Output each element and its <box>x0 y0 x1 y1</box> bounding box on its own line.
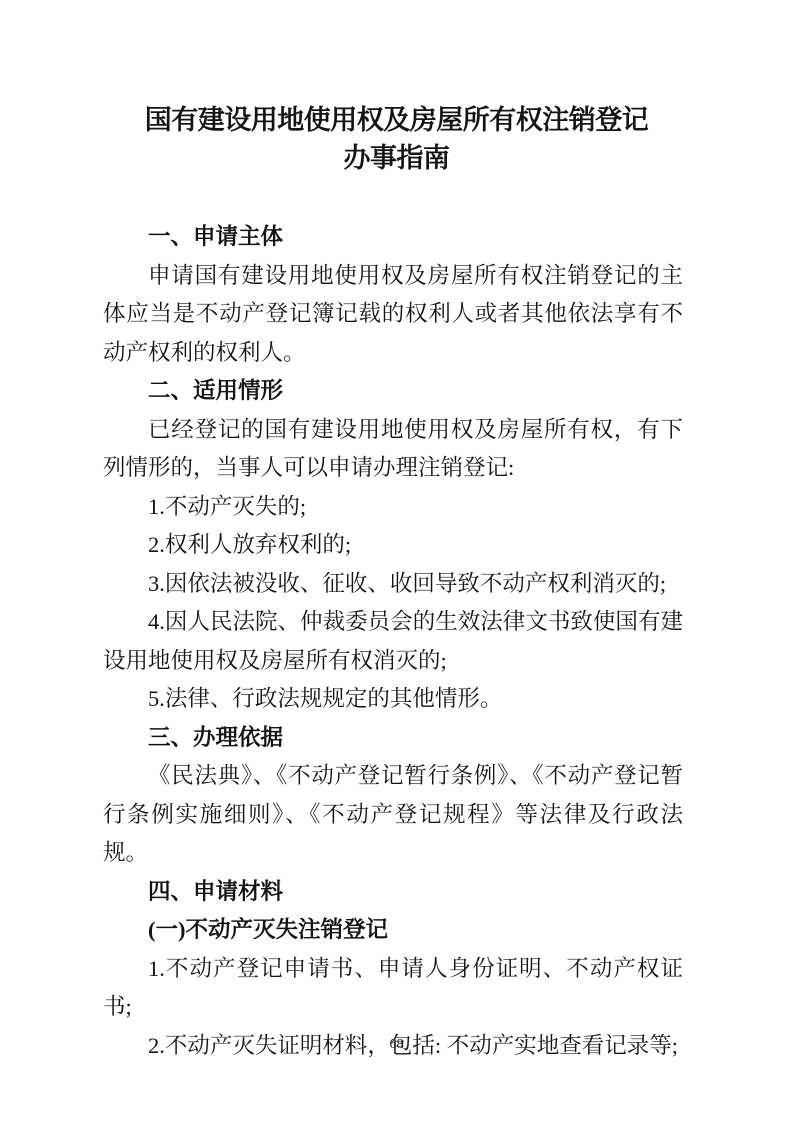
doc-title: 国有建设用地使用权及房屋所有权注销登记 办事指南 <box>0 0 793 177</box>
doc-body: 一、申请主体 申请国有建设用地使用权及房屋所有权注销登记的主体应当是不动产登记簿… <box>103 218 683 1065</box>
list-item: 4.因人民法院、仲裁委员会的生效法律文书致使国有建设用地使用权及房屋所有权消灭的… <box>103 603 683 680</box>
list-item: 5.法律、行政法规规定的其他情形。 <box>103 680 683 719</box>
paragraph: 《民法典》、《不动产登记暂行条例》、《不动产登记暂行条例实施细则》、《不动产登记… <box>103 757 683 873</box>
section-heading-1: 一、申请主体 <box>103 218 683 257</box>
list-item: 3.因依法被没收、征收、收回导致不动产权利消灭的; <box>103 565 683 604</box>
section-heading-4: 四、申请材料 <box>103 873 683 912</box>
doc-title-line-1: 国有建设用地使用权及房屋所有权注销登记 <box>60 101 733 139</box>
paragraph: 申请国有建设用地使用权及房屋所有权注销登记的主体应当是不动产登记簿记载的权利人或… <box>103 257 683 373</box>
section-heading-3: 三、办理依据 <box>103 719 683 758</box>
list-item: 2.权利人放弃权利的; <box>103 526 683 565</box>
page-number: 68 <box>0 1037 793 1053</box>
document-page: 国有建设用地使用权及房屋所有权注销登记 办事指南 一、申请主体 申请国有建设用地… <box>0 0 793 1122</box>
paragraph: 已经登记的国有建设用地使用权及房屋所有权，有下列情形的，当事人可以申请办理注销登… <box>103 411 683 488</box>
doc-title-line-2: 办事指南 <box>60 139 733 177</box>
sub-heading: (一)不动产灭失注销登记 <box>103 911 683 950</box>
list-item: 1.不动产登记申请书、申请人身份证明、不动产权证书; <box>103 950 683 1027</box>
list-item: 1.不动产灭失的; <box>103 488 683 527</box>
section-heading-2: 二、适用情形 <box>103 372 683 411</box>
